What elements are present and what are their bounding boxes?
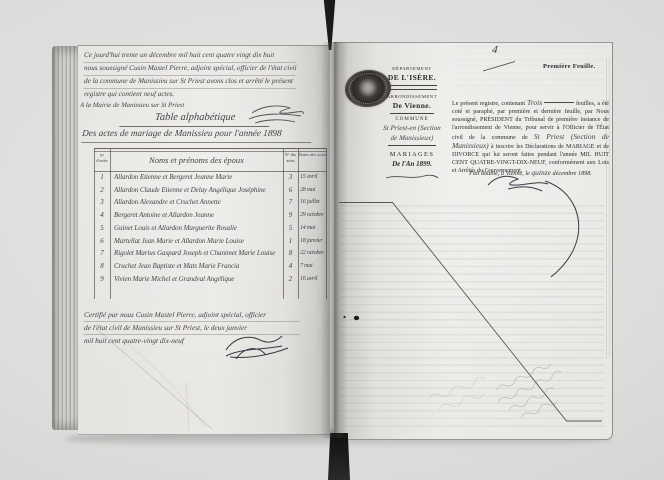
register-scan: Ce jourd'hui trente un décembre mil huit… bbox=[0, 0, 664, 480]
cancel-z-line bbox=[339, 203, 602, 422]
page-crease bbox=[99, 331, 212, 430]
bleedthrough-script-ghost bbox=[492, 359, 573, 427]
certificate-signature bbox=[226, 336, 288, 359]
bookmark-ribbon-bottom bbox=[328, 433, 350, 480]
bleedthrough-script-ghost bbox=[428, 376, 491, 414]
mairie-signature-flourish bbox=[249, 106, 303, 123]
book-gutter-shadow bbox=[321, 42, 348, 438]
president-signature bbox=[488, 176, 579, 277]
folio-slash bbox=[483, 62, 515, 72]
